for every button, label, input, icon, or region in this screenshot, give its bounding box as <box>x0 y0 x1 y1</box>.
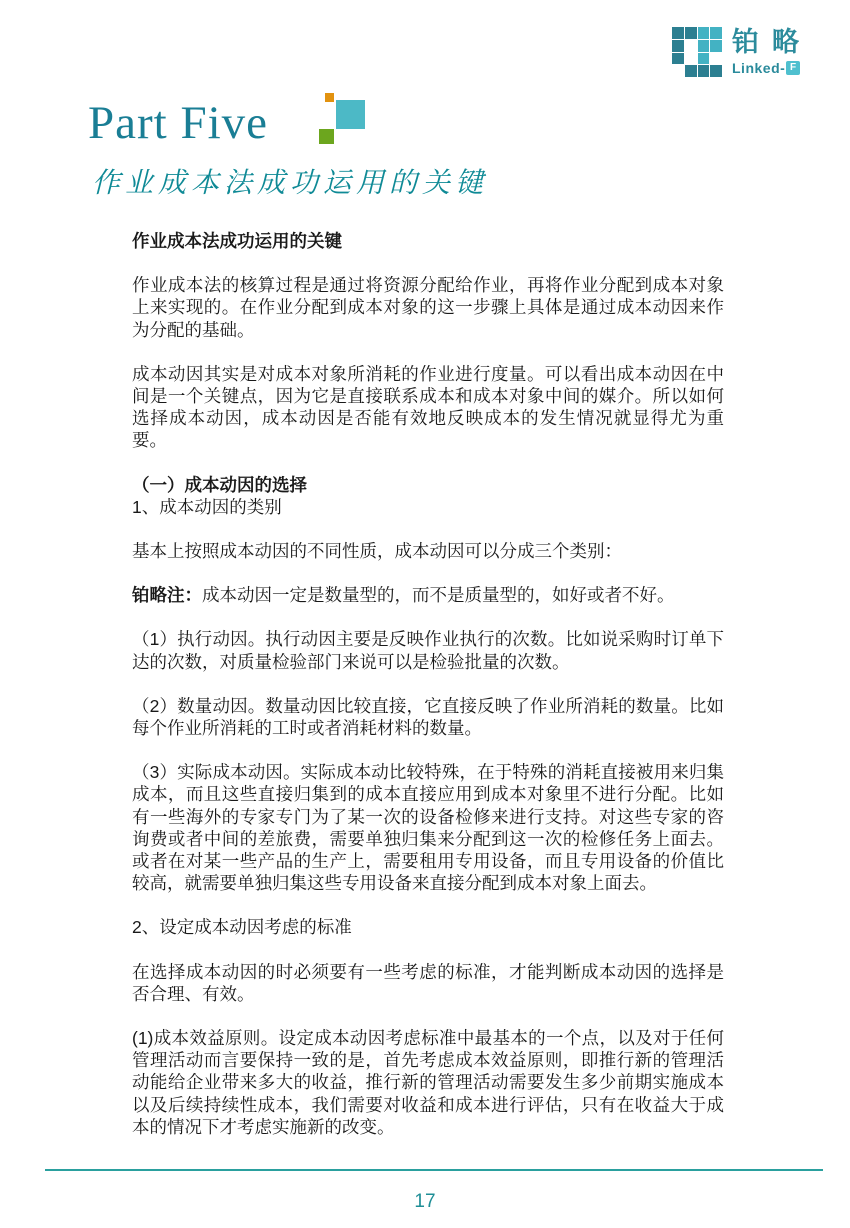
logo-en-linked: Linked- <box>732 61 785 75</box>
section-heading: （一）成本动因的选择 <box>132 474 724 496</box>
paragraph: (1)成本效益原则。设定成本动因考虑标准中最基本的一个点，以及对于任何管理活动而… <box>132 1027 724 1138</box>
paragraph: 作业成本法的核算过程是通过将资源分配给作业，再将作业分配到成本对象上来实现的。在… <box>132 274 724 341</box>
paragraph: （3）实际成本动因。实际成本动比较特殊，在于特殊的消耗直接被用来归集成本，而且这… <box>132 761 724 894</box>
part-subtitle: 作业成本法成功运用的关键 <box>92 161 488 201</box>
page-number: 17 <box>0 1191 850 1213</box>
part-title: Part Five <box>88 96 268 150</box>
paragraph: （1）执行动因。执行动因主要是反映作业执行的次数。比如说采购时订单下达的次数，对… <box>132 628 724 672</box>
logo-en-text: Linked-F <box>732 61 800 75</box>
green-square-icon <box>319 129 334 144</box>
paragraph: （2）数量动因。数量动因比较直接，它直接反映了作业所消耗的数量。比如每个作业所消… <box>132 695 724 739</box>
document-page: 铂略 Linked-F Part Five 作业成本法成功运用的关键 作业成本法… <box>0 0 850 1228</box>
body-heading: 作业成本法成功运用的关键 <box>132 230 724 252</box>
brand-logo: 铂略 Linked-F <box>672 27 812 77</box>
logo-f-tile-icon: F <box>786 61 800 75</box>
document-body: 作业成本法成功运用的关键 作业成本法的核算过程是通过将资源分配给作业，再将作业分… <box>132 230 724 1160</box>
note-text: 成本动因一定是数量型的，而不是质量型的，如好或者不好。 <box>202 585 675 605</box>
paragraph: 基本上按照成本动因的不同性质，成本动因可以分成三个类别： <box>132 540 724 562</box>
cyan-square-icon <box>336 100 365 129</box>
paragraph: 成本动因其实是对成本对象所消耗的作业进行度量。可以看出成本动因在中间是一个关键点… <box>132 363 724 452</box>
note-paragraph: 铂略注：成本动因一定是数量型的，而不是质量型的，如好或者不好。 <box>132 584 724 606</box>
linked-f-logo-icon <box>672 27 722 77</box>
orange-square-icon <box>325 93 334 102</box>
note-label: 铂略注： <box>132 585 202 605</box>
section-item: 1、成本动因的类别 <box>132 496 724 518</box>
logo-cn-text: 铂略 <box>732 29 812 56</box>
part-squares-icon <box>318 92 398 152</box>
paragraph: 在选择成本动因的时必须要有一些考虑的标准，才能判断成本动因的选择是否合理、有效。 <box>132 961 724 1005</box>
logo-text: 铂略 Linked-F <box>732 27 812 75</box>
footer-divider <box>45 1169 823 1171</box>
section-item: 2、设定成本动因考虑的标准 <box>132 916 724 938</box>
